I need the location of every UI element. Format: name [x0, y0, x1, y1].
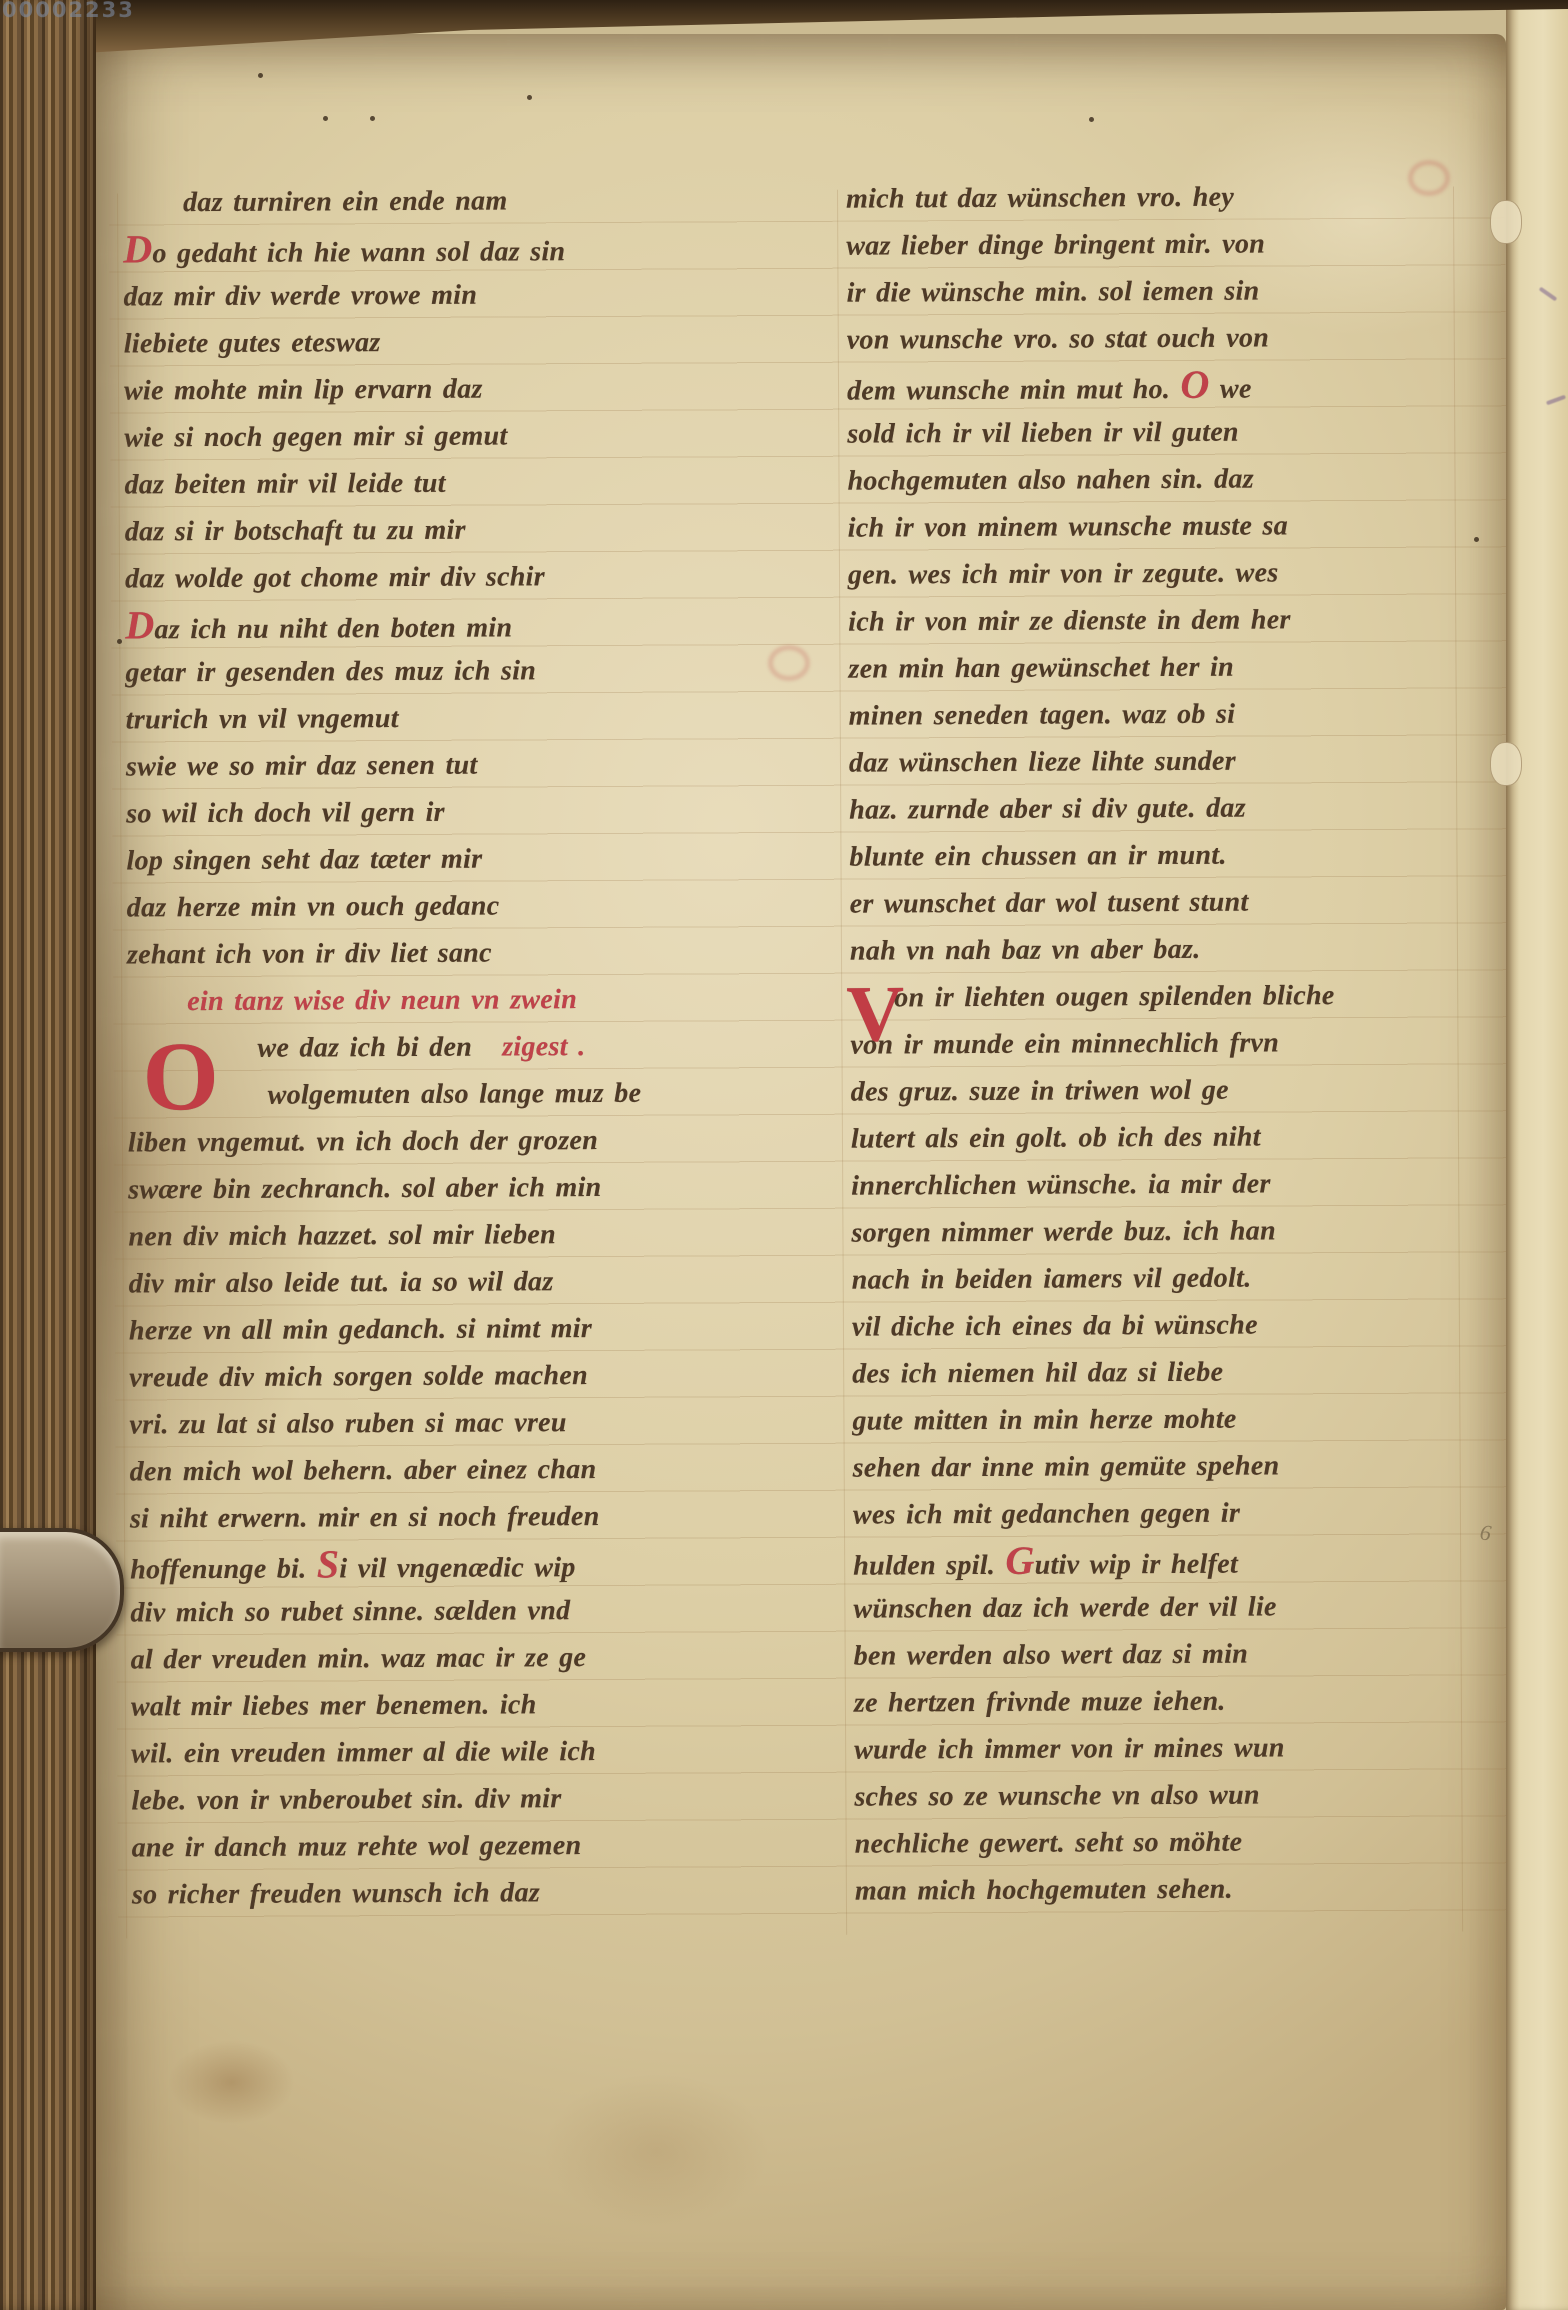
text-line: nach in beiden iamers vil gedolt.: [852, 1261, 1522, 1312]
script-text: sehen dar inne min gemüte spehen: [853, 1450, 1280, 1483]
script-text: ben werden also wert daz si min: [854, 1639, 1249, 1672]
text-line: wolgemuten also lange muz be: [268, 1077, 836, 1127]
script-text: utiv wip ir helfet: [1035, 1549, 1239, 1581]
clasp-strap: [0, 1528, 124, 1652]
text-line: den mich wol behern. aber einez chan: [130, 1453, 838, 1504]
text-line: herze vn all min gedanch. si nimt mir: [129, 1312, 837, 1363]
script-text: ze hertzen frivnde muze iehen.: [854, 1686, 1226, 1719]
script-text: vreude div mich sorgen solde machen: [129, 1360, 588, 1393]
text-line: ane ir danch muz rehte wol gezemen: [132, 1829, 840, 1880]
script-text: liebiete gutes eteswaz: [124, 327, 381, 359]
text-line: div mir also leide tut. ia so wil daz: [129, 1265, 837, 1316]
script-text: liben vngemut. vn ich doch der grozen: [128, 1125, 598, 1158]
book-spine-edge: [0, 0, 96, 2310]
script-text: minen seneden tagen. waz ob si: [849, 699, 1236, 732]
script-text: nah vn nah baz vn aber baz.: [850, 934, 1201, 967]
script-text: wolgemuten also lange muz be: [268, 1078, 642, 1111]
rubricated-initial: S: [317, 1541, 340, 1586]
text-line: liebiete gutes eteswaz: [124, 325, 832, 376]
text-line: getar ir gesenden des muz ich sin: [125, 654, 833, 705]
text-line: vil diche ich eines da bi wünsche: [852, 1308, 1522, 1359]
text-line: div mich so rubet sinne. sælden vnd: [130, 1594, 838, 1645]
script-text: az ich nu niht den boten min: [154, 612, 512, 645]
text-line: hoffenunge bi. Si vil vngenædic wip: [130, 1547, 838, 1598]
script-text: lebe. von ir vnberoubet sin. div mir: [131, 1783, 561, 1816]
script-text: wes ich mit gedanchen gegen ir: [853, 1498, 1240, 1531]
script-text: swære bin zechranch. sol aber ich min: [128, 1172, 601, 1205]
text-line: swie we so mir daz senen tut: [126, 748, 834, 799]
script-text: des gruz. suze in triwen wol ge: [851, 1075, 1229, 1108]
script-text: wünschen daz ich werde der vil lie: [853, 1591, 1276, 1624]
script-text: den mich wol behern. aber einez chan: [130, 1454, 597, 1487]
text-line: Do gedaht ich hie wann sol daz sin: [123, 231, 831, 282]
text-line: liben vngemut. vn ich doch der grozen: [128, 1124, 836, 1175]
script-text: des ich niemen hil daz si liebe: [852, 1357, 1223, 1390]
rubricated-initial: D: [123, 226, 152, 271]
bleedthrough-mark: [1408, 160, 1450, 196]
script-text: hoffenunge bi.: [130, 1553, 317, 1585]
rubric-text: ein tanz wise div neun vn zwein: [187, 984, 577, 1017]
script-text: gute mitten in min herze mohte: [852, 1404, 1236, 1437]
text-line: er wunschet dar wol tusent stunt: [850, 885, 1520, 936]
text-line: hulden spil. Gutiv wip ir helfet: [853, 1543, 1523, 1594]
next-leaf-edge: [1506, 0, 1568, 2310]
script-text: man mich hochgemuten sehen.: [855, 1874, 1233, 1907]
text-line: ein tanz wise div neun vn zwein: [187, 983, 835, 1033]
script-text: sorgen nimmer werde buz. ich han: [851, 1215, 1276, 1248]
script-text: herze vn all min gedanch. si nimt mir: [129, 1313, 592, 1346]
script-text: we: [1210, 374, 1252, 405]
text-line: swære bin zechranch. sol aber ich min: [128, 1171, 836, 1222]
script-text: nechliche gewert. seht so möhte: [855, 1827, 1243, 1860]
text-line: Owe daz ich bi denzigest .: [257, 1030, 835, 1080]
script-text: waz lieber dinge bringent mir. von: [846, 228, 1265, 261]
script-text: dem wunsche min mut ho.: [847, 374, 1181, 407]
text-line: daz si ir botschaft tu zu mir: [125, 513, 833, 564]
text-line: zehant ich von ir div liet sanc: [127, 936, 835, 987]
page-edge-tab: [1490, 742, 1522, 786]
text-line: dem wunsche min mut ho. O we: [847, 368, 1517, 419]
text-line: al der vreuden min. waz mac ir ze ge: [131, 1641, 839, 1692]
script-text: o gedaht ich hie wann sol daz sin: [152, 236, 565, 269]
script-text: daz wolde got chome mir div schir: [125, 561, 545, 594]
text-line: daz wolde got chome mir div schir: [125, 560, 833, 611]
script-text: daz wünschen lieze lihte sunder: [849, 746, 1236, 779]
script-text: innerchlichen wünsche. ia mir der: [851, 1168, 1271, 1201]
text-line: wurde ich immer von ir mines wun: [854, 1731, 1524, 1782]
text-line: des gruz. suze in triwen wol ge: [851, 1073, 1521, 1124]
rubricated-initial: O: [1180, 362, 1209, 407]
script-text: i vil vngenædic wip: [339, 1552, 576, 1584]
text-column-left: daz turniren ein ende namDo gedaht ich h…: [123, 184, 840, 1927]
script-text: wie mohte min lip ervarn daz: [124, 374, 483, 407]
script-text: blunte ein chussen an ir munt.: [849, 840, 1226, 873]
text-line: innerchlichen wünsche. ia mir der: [851, 1167, 1521, 1218]
text-line: so wil ich doch vil gern ir: [126, 795, 834, 846]
script-text: daz mir div werde vrowe min: [123, 280, 477, 313]
script-text: div mir also leide tut. ia so wil daz: [129, 1266, 554, 1299]
rubricated-initial: G: [1005, 1538, 1034, 1583]
text-line: ir die wünsche min. sol iemen sin: [846, 274, 1516, 325]
script-text: daz herze min vn ouch gedanc: [127, 891, 500, 924]
script-text: zehant ich von ir div liet sanc: [127, 938, 492, 971]
text-line: ich ir von mir ze dienste in dem her: [848, 603, 1518, 654]
text-line: wil. ein vreuden immer al die wile ich: [131, 1735, 839, 1786]
text-line: ben werden also wert daz si min: [854, 1637, 1524, 1688]
text-line: sehen dar inne min gemüte spehen: [853, 1449, 1523, 1500]
script-text: vri. zu lat si also ruben si mac vreu: [129, 1407, 566, 1440]
script-text: ich ir von mir ze dienste in dem her: [848, 604, 1291, 637]
script-text: ich ir von minem wunsche muste sa: [848, 510, 1288, 543]
script-text: hochgemuten also nahen sin. daz: [847, 464, 1254, 497]
script-text: wie si noch gegen mir si gemut: [124, 420, 507, 453]
text-line: sches so ze wunsche vn also wun: [854, 1778, 1524, 1829]
text-line: gute mitten in min herze mohte: [852, 1402, 1522, 1453]
script-text: nach in beiden iamers vil gedolt.: [852, 1263, 1252, 1296]
script-text: sches so ze wunsche vn also wun: [854, 1780, 1260, 1813]
script-text: lop singen seht daz tæter mir: [126, 844, 482, 877]
script-text: ir die wünsche min. sol iemen sin: [846, 276, 1259, 309]
rubricated-initial: D: [125, 602, 154, 647]
text-line: Von ir liehten ougen spilenden bliche: [894, 979, 1520, 1029]
text-line: so richer freuden wunsch ich daz: [132, 1876, 840, 1927]
text-line: walt mir liebes mer benemen. ich: [131, 1688, 839, 1739]
text-line: trurich vn vil vngemut: [126, 701, 834, 752]
script-text: zen min han gewünschet her in: [848, 652, 1234, 685]
text-line: man mich hochgemuten sehen.: [855, 1872, 1525, 1923]
text-line: sold ich ir vil lieben ir vil guten: [847, 415, 1517, 466]
text-line: daz turniren ein ende nam: [183, 184, 831, 234]
script-text: div mich so rubet sinne. sælden vnd: [130, 1595, 570, 1628]
script-text: daz si ir botschaft tu zu mir: [125, 515, 466, 548]
script-text: trurich vn vil vngemut: [126, 703, 399, 735]
script-text: daz turniren ein ende nam: [183, 185, 508, 218]
script-text: on ir liehten ougen spilenden bliche: [894, 980, 1335, 1013]
script-text: al der vreuden min. waz mac ir ze ge: [131, 1642, 587, 1675]
text-line: von ir munde ein minnechlich frvn: [850, 1026, 1520, 1077]
text-line: si niht erwern. mir en si noch freuden: [130, 1500, 838, 1551]
script-text: vil diche ich eines da bi wünsche: [852, 1310, 1258, 1343]
text-line: wünschen daz ich werde der vil lie: [853, 1590, 1523, 1641]
text-line: wie mohte min lip ervarn daz: [124, 372, 832, 423]
text-line: ich ir von minem wunsche muste sa: [848, 509, 1518, 560]
text-line: zen min han gewünschet her in: [848, 650, 1518, 701]
script-text: daz beiten mir vil leide tut: [124, 468, 445, 501]
text-line: wes ich mit gedanchen gegen ir: [853, 1496, 1523, 1547]
text-line: Daz ich nu niht den boten min: [125, 607, 833, 658]
text-line: vri. zu lat si also ruben si mac vreu: [129, 1406, 837, 1457]
text-line: daz herze min vn ouch gedanc: [127, 889, 835, 940]
text-line: daz beiten mir vil leide tut: [124, 466, 832, 517]
text-line: vreude div mich sorgen solde machen: [129, 1359, 837, 1410]
bleedthrough-mark: [768, 645, 810, 681]
watermark-id: 00002233: [2, 0, 135, 22]
script-text: hulden spil.: [853, 1550, 1005, 1582]
text-line: nen div mich hazzet. sol mir lieben: [128, 1218, 836, 1269]
text-line: ze hertzen frivnde muze iehen.: [854, 1684, 1524, 1735]
script-text: wurde ich immer von ir mines wun: [854, 1732, 1285, 1765]
text-line: daz mir div werde vrowe min: [123, 278, 831, 329]
illuminated-initial: O: [142, 1031, 219, 1123]
text-line: daz wünschen lieze lihte sunder: [849, 744, 1519, 795]
script-text: swie we so mir daz senen tut: [126, 750, 478, 783]
script-text: er wunschet dar wol tusent stunt: [850, 887, 1249, 920]
text-line: gen. wes ich mir von ir zegute. wes: [848, 556, 1518, 607]
script-text: ane ir danch muz rehte wol gezemen: [132, 1830, 582, 1863]
script-text: nen div mich hazzet. sol mir lieben: [128, 1219, 556, 1252]
text-line: minen seneden tagen. waz ob si: [849, 697, 1519, 748]
script-text: getar ir gesenden des muz ich sin: [125, 655, 536, 688]
text-line: nechliche gewert. seht so möhte: [855, 1825, 1525, 1876]
rubric-text: zigest .: [502, 1031, 585, 1062]
script-text: we daz ich bi den: [257, 1032, 472, 1064]
page-edge-tab: [1490, 200, 1522, 244]
script-text: si niht erwern. mir en si noch freuden: [130, 1501, 600, 1534]
text-line: hochgemuten also nahen sin. daz: [847, 462, 1517, 513]
text-block: daz turniren ein ende namDo gedaht ich h…: [0, 0, 1568, 2310]
script-text: haz. zurnde aber si div gute. daz: [849, 793, 1246, 826]
script-text: so wil ich doch vil gern ir: [126, 797, 445, 830]
script-text: so richer freuden wunsch ich daz: [132, 1877, 540, 1910]
text-line: sorgen nimmer werde buz. ich han: [851, 1214, 1521, 1265]
text-line: blunte ein chussen an ir munt.: [849, 838, 1519, 889]
script-text: walt mir liebes mer benemen. ich: [131, 1689, 537, 1722]
text-column-right: mich tut daz wünschen vro. heywaz lieber…: [846, 180, 1525, 1922]
text-line: wie si noch gegen mir si gemut: [124, 419, 832, 470]
script-text: mich tut daz wünschen vro. hey: [846, 182, 1234, 215]
text-line: lop singen seht daz tæter mir: [126, 842, 834, 893]
text-line: nah vn nah baz vn aber baz.: [850, 932, 1520, 983]
script-text: gen. wes ich mir von ir zegute. wes: [848, 557, 1279, 590]
script-text: von ir munde ein minnechlich frvn: [850, 1027, 1279, 1060]
script-text: sold ich ir vil lieben ir vil guten: [847, 417, 1239, 450]
text-line: lebe. von ir vnberoubet sin. div mir: [131, 1782, 839, 1833]
script-text: wil. ein vreuden immer al die wile ich: [131, 1736, 596, 1769]
script-text: lutert als ein golt. ob ich des niht: [851, 1122, 1261, 1155]
text-line: des ich niemen hil daz si liebe: [852, 1355, 1522, 1406]
manuscript-photo: daz turniren ein ende namDo gedaht ich h…: [0, 0, 1568, 2310]
text-line: lutert als ein golt. ob ich des niht: [851, 1120, 1521, 1171]
script-text: von wunsche vro. so stat ouch von: [847, 322, 1269, 355]
text-line: haz. zurnde aber si div gute. daz: [849, 791, 1519, 842]
text-line: waz lieber dinge bringent mir. von: [846, 227, 1516, 278]
